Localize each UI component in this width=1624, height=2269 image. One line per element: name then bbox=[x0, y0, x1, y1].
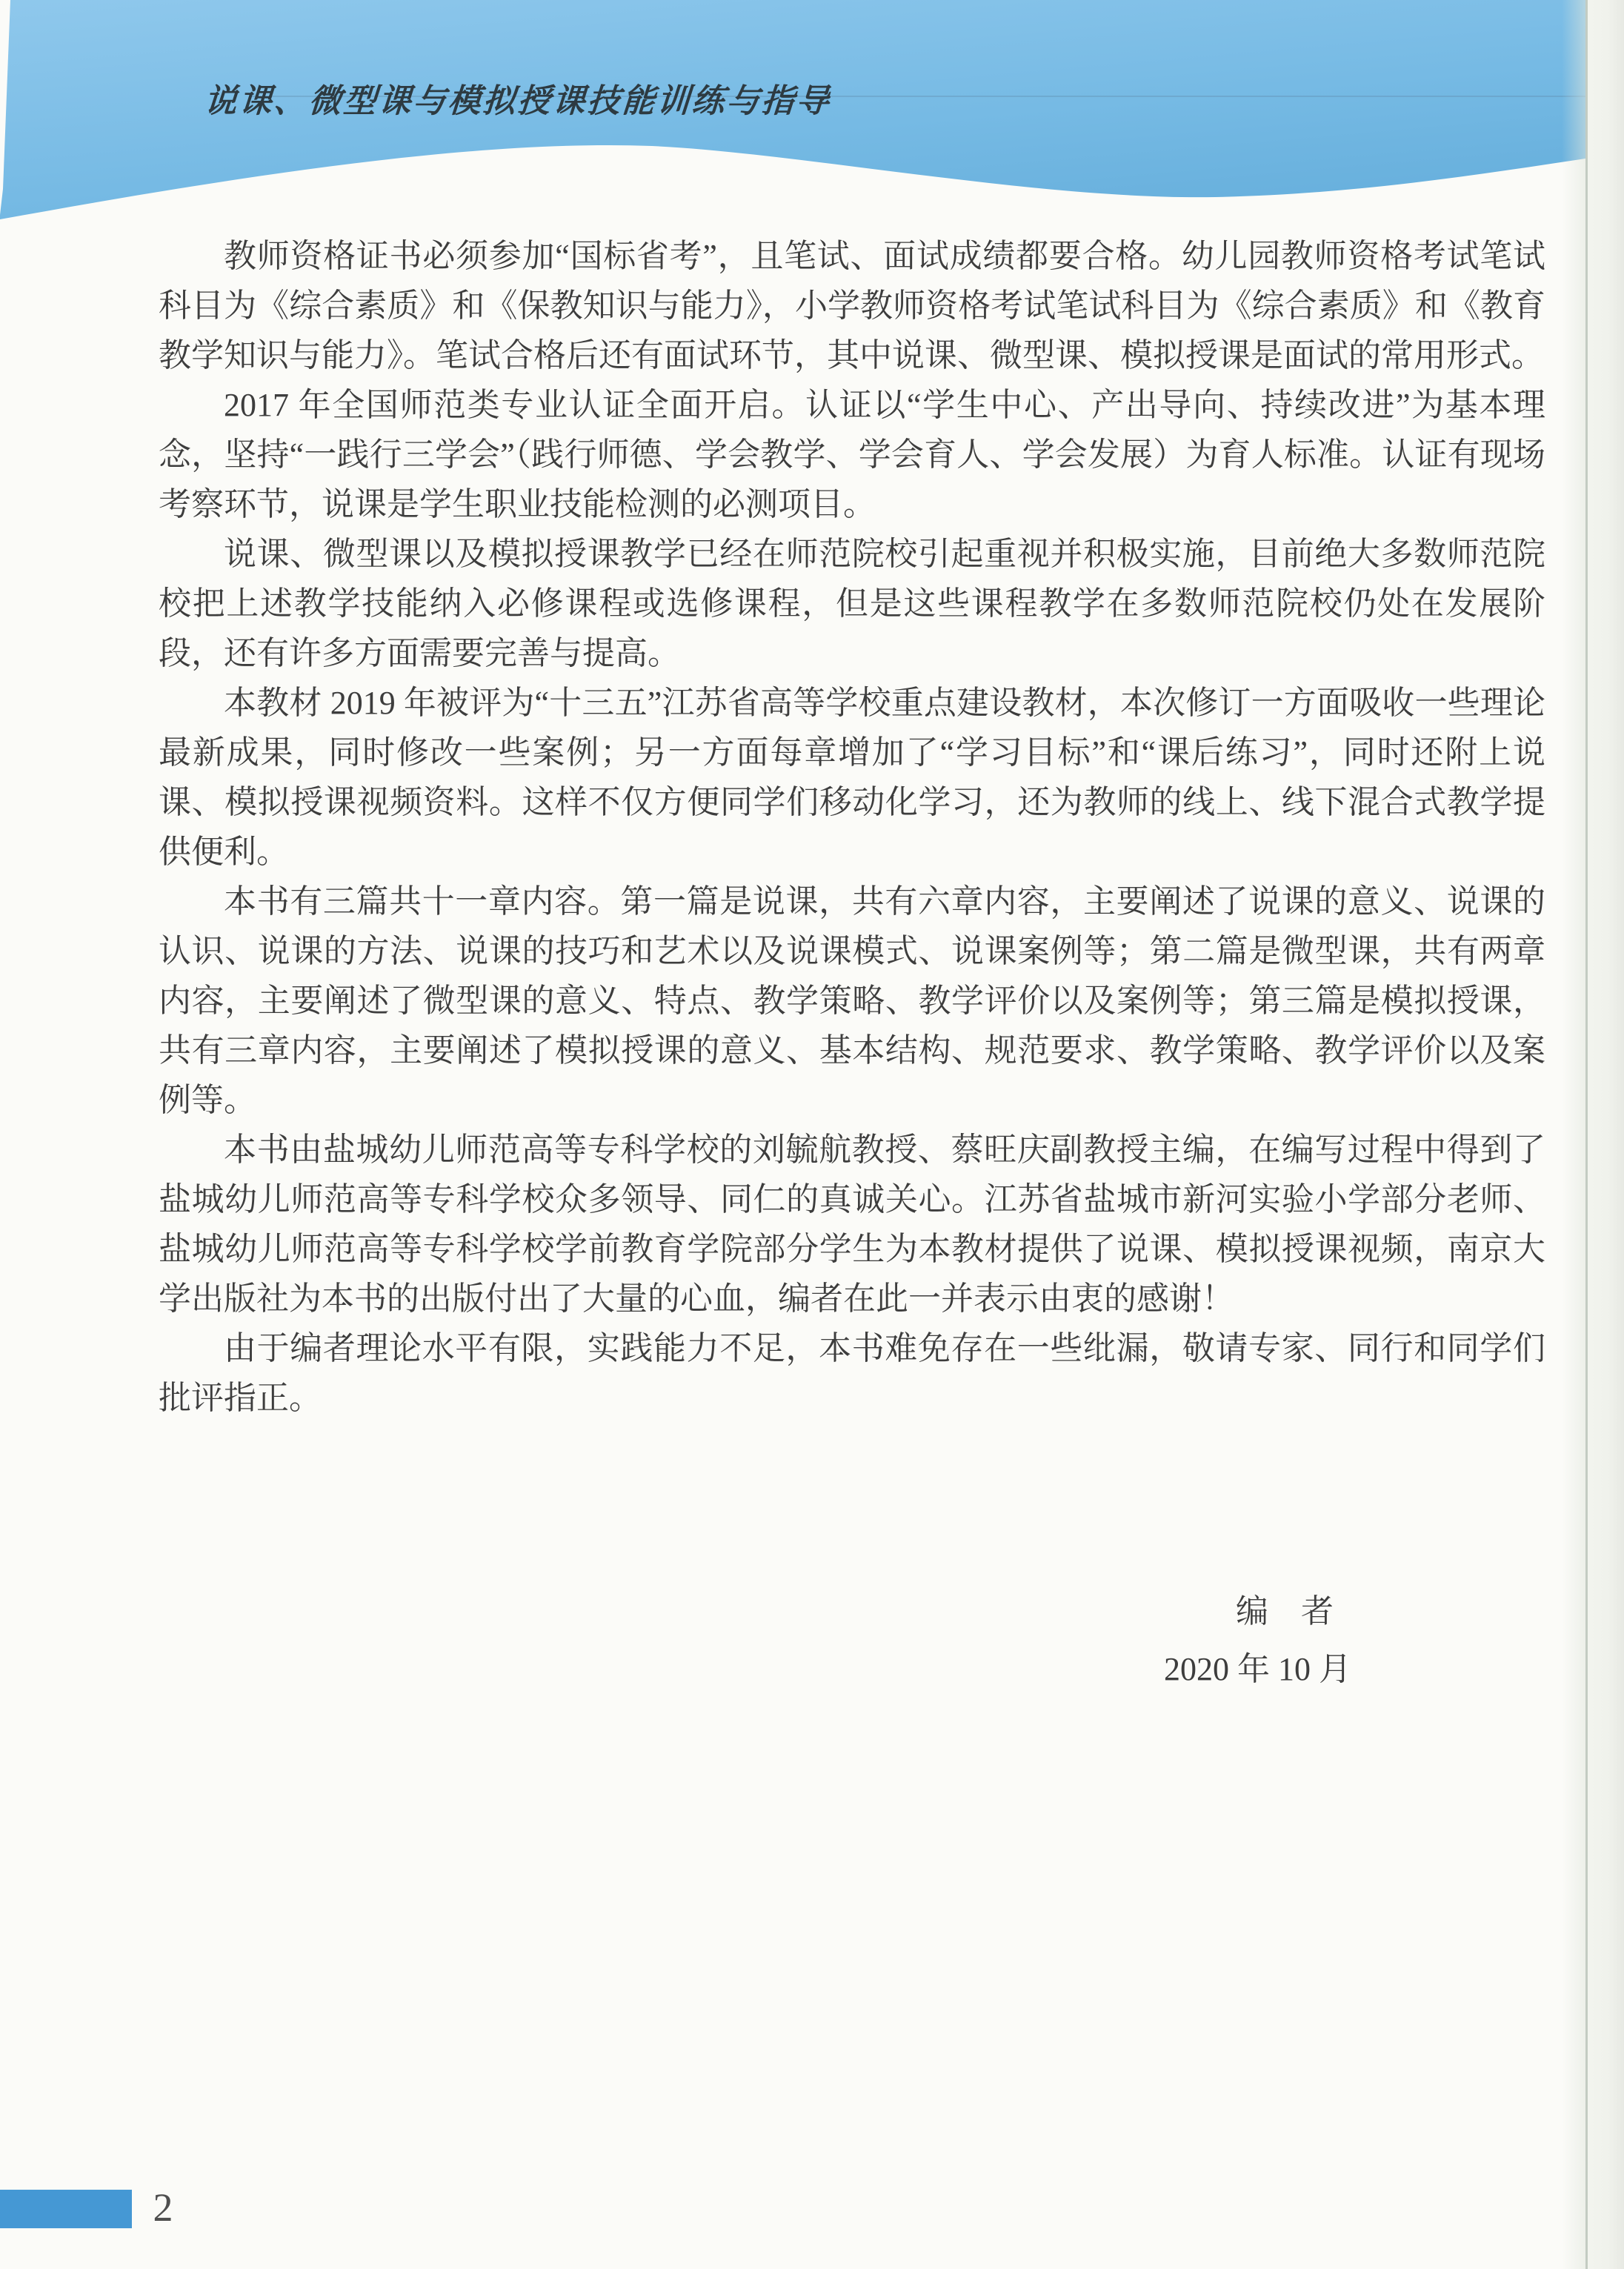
body-paragraph-5: 本书有三篇共十一章内容。第一篇是说课，共有六章内容，主要阐述了说课的意义、说课的… bbox=[159, 877, 1545, 1125]
page-edge-shadow bbox=[1562, 0, 1585, 2269]
body-paragraph-7: 由于编者理论水平有限，实践能力不足，本书难免存在一些纰漏，敬请专家、同行和同学们… bbox=[159, 1323, 1545, 1423]
preface-body: 教师资格证书必须参加“国标省考”，且笔试、面试成绩都要合格。幼儿园教师资格考试笔… bbox=[159, 231, 1545, 1423]
running-head-title: 说课、微型课与模拟授课技能训练与指导 bbox=[203, 74, 833, 122]
body-paragraph-1: 教师资格证书必须参加“国标省考”，且笔试、面试成绩都要合格。幼儿园教师资格考试笔… bbox=[159, 231, 1545, 380]
body-paragraph-2: 2017 年全国师范类专业认证全面开启。认证以“学生中心、产出导向、持续改进”为… bbox=[159, 380, 1545, 529]
book-page: 说课、微型课与模拟授课技能训练与指导 教师资格证书必须参加“国标省考”，且笔试、… bbox=[0, 0, 1624, 2269]
page-number: 2 bbox=[142, 2185, 184, 2230]
body-paragraph-3: 说课、微型课以及模拟授课教学已经在师范院校引起重视并积极实施，目前绝大多数师范院… bbox=[159, 529, 1545, 678]
signature-block: 编 者 2020 年 10 月 bbox=[159, 1583, 1545, 1698]
signature-date: 2020 年 10 月 bbox=[159, 1641, 1545, 1698]
scanned-page-edge bbox=[1585, 0, 1624, 2269]
body-paragraph-4: 本教材 2019 年被评为“十三五”江苏省高等学校重点建设教材，本次修订一方面吸… bbox=[159, 678, 1545, 877]
signature-author: 编 者 bbox=[159, 1583, 1545, 1641]
page-footer-bar bbox=[0, 2190, 132, 2228]
body-paragraph-6: 本书由盐城幼儿师范高等专科学校的刘毓航教授、蔡旺庆副教授主编，在编写过程中得到了… bbox=[159, 1125, 1545, 1323]
